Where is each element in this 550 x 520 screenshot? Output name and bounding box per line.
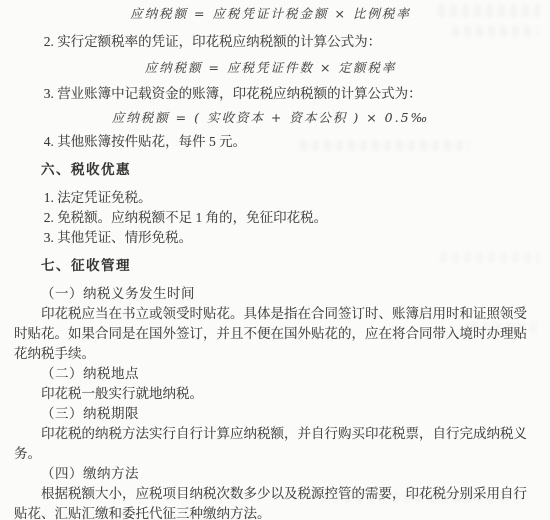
formula-fixed-rate: 应纳税额 = 应税凭证件数 × 定额税率: [14, 58, 527, 78]
formula-proportional-rate: 应纳税额 = 应税凭证计税金额 × 比例税率: [14, 4, 527, 24]
paragraph-place: 印花税一般实行就地纳税。: [14, 384, 527, 404]
list-item-other-books: 4. 其他账簿按件贴花，每件 5 元。: [14, 132, 527, 152]
text-column: 应纳税额 = 应税凭证计税金额 × 比例税率 2. 实行定额税率的凭证，印花税应…: [14, 2, 527, 520]
document-page: 应纳税额 = 应税凭证计税金额 × 比例税率 2. 实行定额税率的凭证，印花税应…: [0, 0, 550, 520]
subsection-heading-place: （二）纳税地点: [14, 364, 527, 384]
list-item-statutory-exemption: 1. 法定凭证免税。: [14, 188, 527, 208]
section-heading-tax-incentives: 六、税收优惠: [14, 160, 527, 180]
subsection-heading-payment-method: （四）缴纳方法: [14, 464, 527, 484]
list-item-exemption-amount: 2. 免税额。应纳税额不足 1 角的，免征印花税。: [14, 208, 527, 228]
paragraph-timing: 印花税应当在书立或领受时贴花。具体是指在合同签订时、账簿启用时和证照领受时贴花。…: [14, 304, 527, 364]
list-item-business-books-intro: 3. 营业账簿中记载资金的账簿，印花税应纳税额的计算公式为：: [14, 84, 527, 104]
paragraph-deadline: 印花税的纳税方法实行自行计算应纳税额，并自行购买印花税票，自行完成纳税义务。: [14, 424, 527, 464]
list-item-other-exemptions: 3. 其他凭证、情形免税。: [14, 228, 527, 248]
subsection-heading-timing: （一）纳税义务发生时间: [14, 284, 527, 304]
formula-capital-books: 应纳税额 = ( 实收资本 + 资本公积 ) × 0.5‰: [14, 108, 527, 128]
paragraph-payment-method: 根据税额大小，应税项目纳税次数多少以及税源控管的需要，印花税分别采用自行贴花、汇…: [14, 484, 527, 520]
list-item-fixed-rate-intro: 2. 实行定额税率的凭证，印花税应纳税额的计算公式为：: [14, 32, 527, 52]
subsection-heading-deadline: （三）纳税期限: [14, 404, 527, 424]
section-heading-administration: 七、征收管理: [14, 256, 527, 276]
